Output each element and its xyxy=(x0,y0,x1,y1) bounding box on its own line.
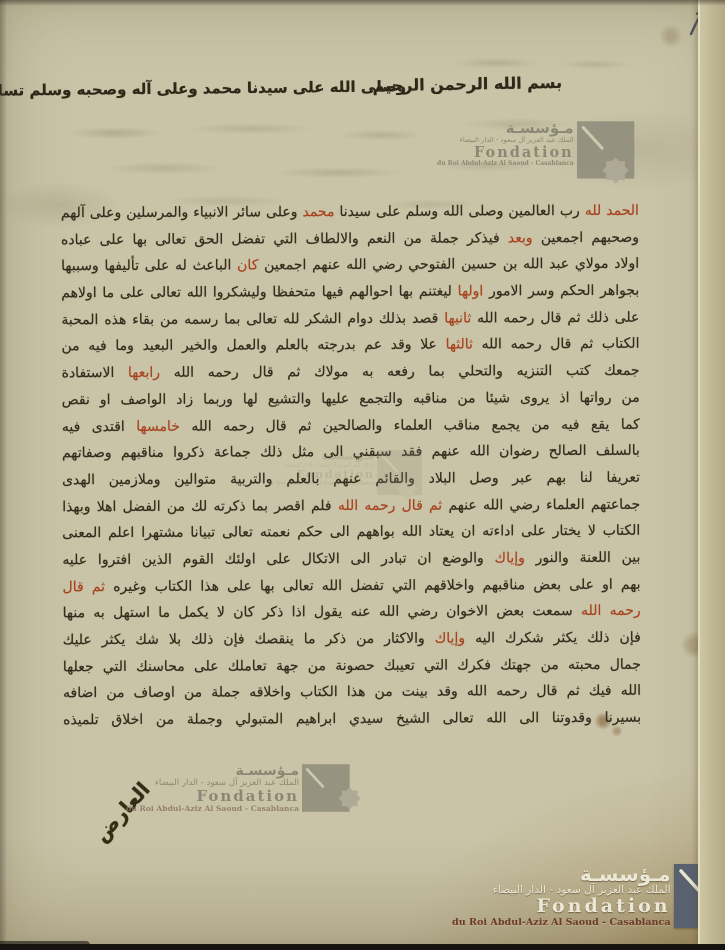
foundation-subtitle-french: du Roi Abdul-Aziz Al Saoud - Casablanca xyxy=(126,805,299,813)
manuscript-line: بين اللعنة والنور وإياك والوضع ان تبادر … xyxy=(62,545,640,574)
manuscript-line: بسيرنا وقدوتنا الى الله تعالى الشيخ سيدي… xyxy=(63,705,641,734)
manuscript-line: وصحبهم اجمعين وبعد فيذكر جملة من النعم و… xyxy=(61,224,639,253)
rubricated-word: ثانيها xyxy=(444,310,471,326)
ink-bleedthrough-band xyxy=(40,100,660,210)
manuscript-line: بجواهر الحكم وسر الامور اولها ليغتنم بها… xyxy=(61,278,639,307)
manuscript-line: من رواتها اذ يروى شيئا من مناقبه والتجمع… xyxy=(62,385,640,414)
manuscript-scan-page: بسم الله الرحمن الرحيم وصلى الله على سيد… xyxy=(0,0,725,950)
scan-bottom-edge-shadow xyxy=(0,941,90,946)
foundation-name-arabic: مـؤسسـة xyxy=(126,764,299,779)
page-right-edge xyxy=(698,0,725,950)
manuscript-line: كما يقع فيه من يجمع مناقب العلماء والصال… xyxy=(62,411,640,440)
manuscript-line: تعريفا لنا بهم عبر وصل البلاد والقائم عن… xyxy=(62,465,640,494)
manuscript-line: فإن ذلك يكثر شكرك اليه وإياك والاكثار من… xyxy=(63,625,641,654)
rubricated-word: رابعها xyxy=(128,365,160,381)
manuscript-line: الكتاب ثم قال رحمه الله ثالثها علا وقد ع… xyxy=(61,331,639,360)
handwritten-1-icon xyxy=(688,1,712,37)
foundation-watermark-top: مـؤسسـة الملك عبد العزيز آل سعود - الدار… xyxy=(437,121,654,186)
foundation-subtitle-arabic: الملك عبد العزيز آل سعود - الدار البيضاء xyxy=(437,137,574,144)
foundation-logo-icon xyxy=(577,121,654,186)
margin-note: العارض xyxy=(89,777,155,846)
rubricated-word: ثم قال رحمه الله xyxy=(338,497,442,513)
scan-left-edge xyxy=(0,0,7,950)
foundation-logo-icon xyxy=(674,864,725,936)
rubricated-word: اولها xyxy=(458,283,484,299)
rubricated-word: ثالثها xyxy=(446,337,473,353)
foundation-subtitle-french: du Roi Abdul-Aziz Al Saoud - Casablanca xyxy=(452,918,671,928)
scan-bottom-edge xyxy=(0,944,725,950)
foundation-watermark-bottom: مـؤسسـة الملك عبد العزيز آل سعود - الدار… xyxy=(126,764,366,818)
tasliya-heading: وصلى الله على سيدنا محمد وعلى آله وصحبه … xyxy=(84,77,406,98)
rubricated-word: وإياك xyxy=(435,631,465,647)
rubricated-word: ثم قال xyxy=(62,579,105,595)
basmala-heading: بسم الله الرحمن الرحيم xyxy=(438,73,562,94)
foundation-name-arabic: مـؤسسـة xyxy=(452,864,671,885)
foundation-watermark-corner: مـؤسسـة الملك عبد العزيز آل سعود - الدار… xyxy=(452,864,725,936)
rubricated-word: وإياك xyxy=(494,550,524,566)
manuscript-line: بهم او على بعض مناقبهم واخلاقهم التي تفض… xyxy=(62,571,640,600)
manuscript-line: بالسلف الصالح رضوان الله عنهم فقد سبقني … xyxy=(62,438,640,467)
foundation-subtitle-arabic: الملك عبد العزيز آل سعود - الدار البيضاء xyxy=(126,779,299,788)
foundation-logo-icon xyxy=(302,764,366,818)
foundation-subtitle-french: du Roi Abdul-Aziz Al Saoud - Casablanca xyxy=(437,161,574,167)
foundation-subtitle-arabic: الملك عبد العزيز آل سعود - الدار البيضاء xyxy=(452,885,671,896)
rubricated-word: الحمد لله xyxy=(585,203,639,219)
manuscript-line: رحمه الله سمعت بعض الاخوان رضي الله عنه … xyxy=(63,598,641,627)
folio-number-mark xyxy=(688,1,712,41)
manuscript-text: الحمد لله رب العالمين وصلى الله وسلم على… xyxy=(61,198,641,734)
scan-top-edge xyxy=(0,0,725,6)
manuscript-line: جمعك كتب التنزيه والتحلي بما رفعه به مول… xyxy=(62,358,640,387)
manuscript-line: جماعتهم العلماء رضي الله عنهم ثم قال رحم… xyxy=(62,491,640,520)
rubricated-word: خامسها xyxy=(136,418,180,434)
manuscript-line: اولاد مولاي عبد الله بن حسين الفتوحي رضي… xyxy=(61,251,639,280)
manuscript-line: جمال محبته من جهتك فكرك التي تعيبك حصونة… xyxy=(63,651,641,680)
foundation-name-french: Fondation xyxy=(452,896,671,918)
manuscript-line: الله فيك ثم قال رحمه الله وقد بينت من هذ… xyxy=(63,678,641,707)
rubricated-word: محمد xyxy=(302,204,334,220)
rubricated-word: وبعد xyxy=(508,230,533,246)
foundation-name-arabic: مـؤسسـة xyxy=(437,121,574,137)
manuscript-line: الحمد لله رب العالمين وصلى الله وسلم على… xyxy=(61,198,639,227)
rubricated-word: كان xyxy=(237,258,258,274)
rubricated-word: رحمه الله xyxy=(581,603,641,619)
manuscript-line: على ذلك ثم قال رحمه الله ثانيها قصد بذلك… xyxy=(61,304,639,333)
manuscript-line: الكتاب لا يختار على اداءته ان يعتاد الله… xyxy=(62,518,640,547)
foundation-name-french: Fondation xyxy=(437,144,574,161)
